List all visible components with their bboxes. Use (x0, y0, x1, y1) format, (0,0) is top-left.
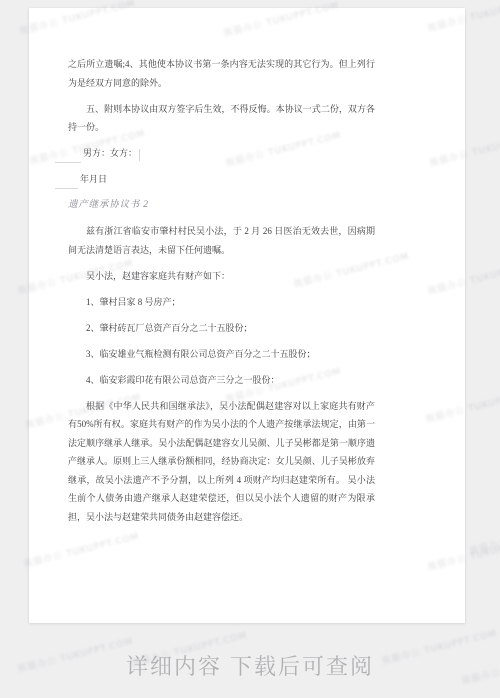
section2-heading: 遗产继承协议书 2 (68, 196, 375, 215)
paragraph-continuation: 之后所立遗嘱;4、其他使本协议书第一条内容无法实现的其它行为。但上列行为是经双方… (68, 55, 375, 92)
paragraph-family-property: 吴小法，赵建容家庭共有财产如下： (68, 267, 375, 286)
paragraph-intro: 兹有浙江省临安市肇村村民吴小法，于 2 月 26 日医治无效去世，因病期间无法清… (68, 222, 375, 259)
signature-blank-line (55, 148, 81, 163)
download-notice: 详细内容 下载后可查阅 (0, 650, 500, 681)
watermark-text: 熊猫办公 TUKUPPT.COM (468, 516, 500, 557)
doc-preview-page: 之后所立遗嘱;4、其他使本协议书第一条内容无法实现的其它行为。但上列行为是经双方… (0, 0, 500, 698)
property-item-4: 4、临安彩霞印花有限公司总资产三分之一股份： (68, 371, 375, 390)
paragraph-inheritance: 根据《中华人民共和国继承法》，吴小法配偶赵建容对以上家庭共有财产有50%所有权。… (68, 397, 375, 527)
signature-parties-label: 男方：女方： (83, 144, 137, 163)
property-item-3: 3、临安雄业气瓶检测有限公司总资产百分之二十五股份； (68, 345, 375, 364)
signature-parties-row: 男方：女方： (55, 144, 375, 163)
date-blank-line (55, 174, 78, 189)
document-content: 之后所立遗嘱;4、其他使本协议书第一条内容无法实现的其它行为。但上列行为是经双方… (68, 55, 375, 534)
signature-date-label: 年月日 (80, 170, 107, 189)
table-cell-divider (139, 149, 140, 161)
signature-date-row: 年月日 (55, 170, 375, 189)
property-item-2: 2、肇村砖瓦厂总资产百分之二十五股份； (68, 319, 375, 338)
property-item-1: 1、肇村吕家 8 号房产； (68, 293, 375, 312)
paragraph-clause5: 五、附则本协议由双方签字后生效，不得反悔。本协议一式二份，双方各持一份。 (68, 100, 375, 137)
